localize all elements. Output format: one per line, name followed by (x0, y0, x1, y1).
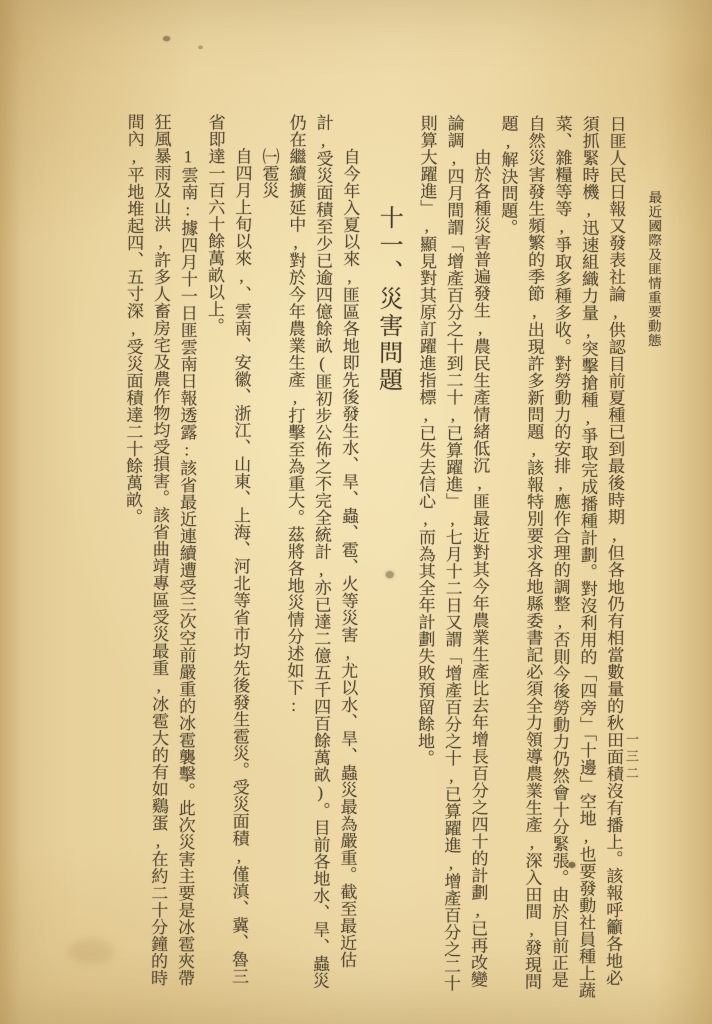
scanned-document-page: 最近國際及匪情重要動態 一三二 日匪人民日報又發表社論,供認目前夏種已到最後時期… (0, 0, 712, 1024)
paper-stain (68, 939, 114, 965)
paper-stain (386, 571, 394, 578)
booklet-margin-title: 最近國際及匪情重要動態 (643, 190, 664, 347)
section-heading: 十一、災害問題 (370, 114, 404, 999)
page-content: 最近國際及匪情重要動態 一三二 日匪人民日報又發表社論,供認目前夏種已到最後時期… (0, 0, 712, 1024)
paper-stain (198, 45, 203, 49)
body-paragraph: 自今年入夏以來,匪區各地即先後發生水、旱、蟲、雹、火等災害,尤以水、旱、蟲災最為… (279, 114, 364, 999)
paper-stain (163, 36, 170, 41)
body-paragraph: 1雲南:據四月十一日匪雲南日報透露:該省最近連續遭受三次空前嚴重的冰雹襲擊。此次… (117, 113, 202, 998)
paper-stain (568, 862, 575, 868)
subsection-heading: ㈠雹災 (252, 114, 283, 999)
body-paragraph: 日匪人民日報又發表社論,供認目前夏種已到最後時期,但各地仍有相當數量的秋田面積沒… (491, 115, 630, 1001)
body-paragraph: 自四月上旬以來,、雲南、安徽、浙江、山東、上海、河北等省市均先後發生雹災。受災面… (198, 113, 256, 998)
document-body: 日匪人民日報又發表社論,供認目前夏種已到最後時期,但各地仍有相當數量的秋田面積沒… (118, 113, 630, 1000)
body-paragraph: 由於各種災害普遍發生,農民生產情緒低沉,匪最近對其今年農業生產比去年增長百分之四… (410, 114, 495, 999)
